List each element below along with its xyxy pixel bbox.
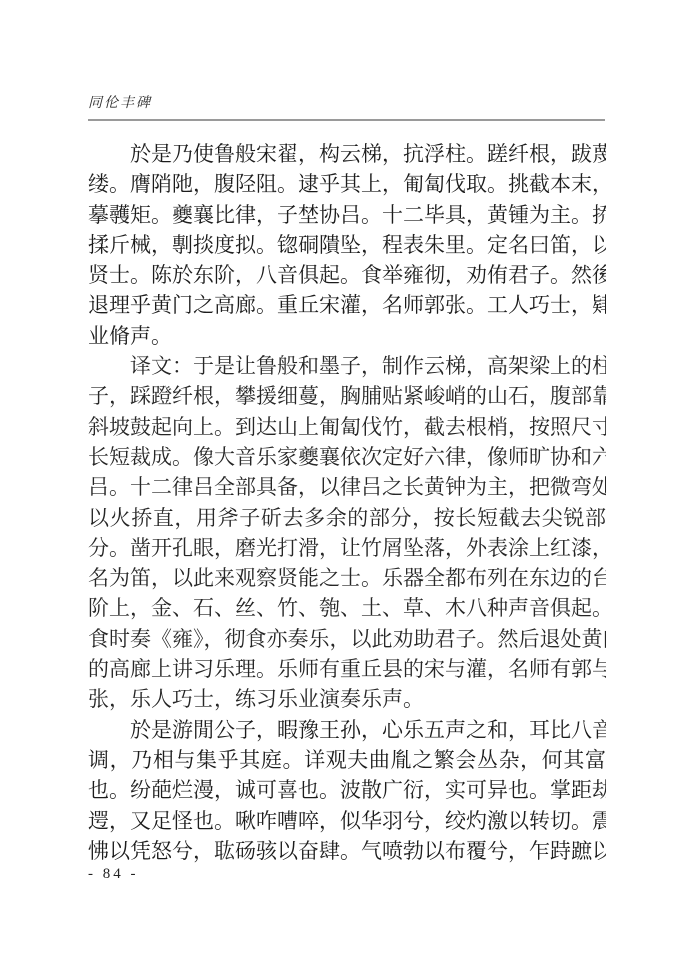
classical-paragraph-2: 於是游閒公子，暇豫王孙，心乐五声之和，耳比八音之 调，乃相与集乎其庭。详观夫曲胤… — [88, 715, 606, 866]
running-header-title: 同伦丰碑 — [88, 92, 605, 112]
page-number: - 84 - — [88, 866, 139, 883]
text-line: 摹彠矩。夔襄比律，子埜协吕。十二毕具，黄锺为主。挢 — [88, 200, 606, 230]
text-line: 怫以凭怒兮，耾砀骇以奋肆。气喷勃以布覆兮，乍跱蹠以 — [88, 836, 606, 866]
text-line: 斜坡鼓起向上。到达山上匍匐伐竹，截去根梢，按照尺寸 — [88, 412, 606, 442]
text-block: 於是乃使鲁般宋翟，构云梯，抗浮柱。蹉纤根，跋蔑 缕。膺陗阤，腹陉阻。逮乎其上，匍… — [88, 139, 606, 866]
text-line: 於是乃使鲁般宋翟，构云梯，抗浮柱。蹉纤根，跋蔑 — [88, 139, 606, 169]
text-line: 揉斤械，剸掞度拟。锪硐隤坠，程表朱里。定名曰笛，以观 — [88, 230, 606, 260]
text-line: 调，乃相与集乎其庭。详观夫曲胤之繁会丛杂，何其富 — [88, 745, 606, 775]
text-line: 阶上，金、石、丝、竹、匏、土、草、木八种声音俱起。天子进 — [88, 593, 606, 623]
text-line: 贤士。陈於东阶，八音俱起。食举雍彻，劝侑君子。然後 — [88, 260, 606, 290]
text-line: 分。凿开孔眼，磨光打滑，让竹屑坠落，外表涂上红漆，起 — [88, 533, 606, 563]
text-line: 吕。十二律吕全部具备，以律吕之长黄钟为主，把微弯处 — [88, 472, 606, 502]
text-line: 子，踩蹬纤根，攀援细蔓，胸脯贴紧峻峭的山石，腹部靠着 — [88, 381, 606, 411]
text-line: 缕。膺陗阤，腹陉阻。逮乎其上，匍匐伐取。挑截本末，规 — [88, 169, 606, 199]
text-line: 业脩声。 — [88, 321, 606, 351]
text-line: 食时奏《雍》，彻食亦奏乐，以此劝助君子。然后退处黄门 — [88, 624, 606, 654]
text-line: 於是游閒公子，暇豫王孙，心乐五声之和，耳比八音之 — [88, 715, 606, 745]
header-rule — [88, 119, 605, 121]
text-line: 以火挢直，用斧子斫去多余的部分，按长短截去尖锐部 — [88, 503, 606, 533]
text-line: 退理乎黄门之高廊。重丘宋灌，名师郭张。工人巧士，肄 — [88, 290, 606, 320]
text-line: 张，乐人巧士，练习乐业演奏乐声。 — [88, 684, 606, 714]
text-line: 也。纷葩烂漫，诚可喜也。波散广衍，实可异也。掌距劫 — [88, 775, 606, 805]
text-line: 名为笛，以此来观察贤能之士。乐器全都布列在东边的台 — [88, 563, 606, 593]
text-line: 长短裁成。像大音乐家夔襄依次定好六律，像师旷协和六 — [88, 442, 606, 472]
text-line: 的高廊上讲习乐理。乐师有重丘县的宋与灌，名师有郭与 — [88, 654, 606, 684]
text-line: 遌，又足怪也。啾咋嘈啐，似华羽兮，绞灼激以转切。震郁 — [88, 806, 606, 836]
translation-paragraph: 译文：于是让鲁般和墨子，制作云梯，高架梁上的柱 子，踩蹬纤根，攀援细蔓，胸脯贴紧… — [88, 351, 606, 715]
classical-paragraph-1: 於是乃使鲁般宋翟，构云梯，抗浮柱。蹉纤根，跋蔑 缕。膺陗阤，腹陉阻。逮乎其上，匍… — [88, 139, 606, 351]
text-line: 译文：于是让鲁般和墨子，制作云梯，高架梁上的柱 — [88, 351, 606, 381]
